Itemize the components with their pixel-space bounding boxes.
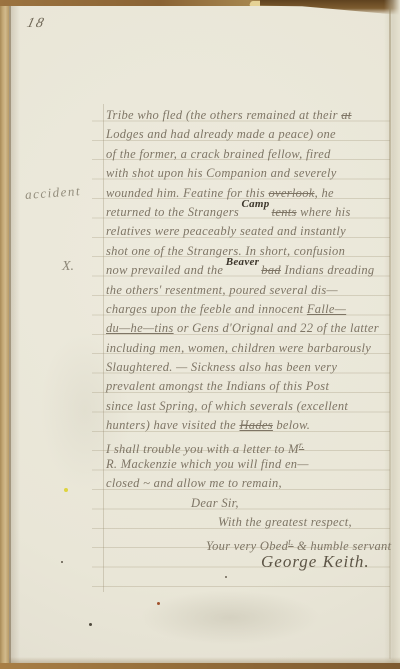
paper-smudge: [140, 590, 320, 645]
text-segment: , he: [315, 186, 334, 200]
page-number: 18: [25, 16, 47, 32]
text-segment: Your very Obed: [206, 539, 288, 553]
manuscript-line: Lodges and had already made a peace) one: [106, 125, 392, 144]
text-segment: & humble servant: [294, 539, 392, 553]
binding-shadow: [11, 0, 20, 669]
text-segment: below.: [273, 418, 310, 432]
interline-insert: Beaver: [226, 256, 260, 268]
paper-speck: [225, 576, 227, 578]
page-edge-bottom: [0, 663, 400, 669]
text-segment: or Gens d'Orignal and 22 of the latter: [174, 321, 379, 335]
text-segment: Lodges and had already made a peace) one: [106, 127, 336, 141]
text-segment: hunters) have visited the: [106, 418, 239, 432]
manuscript-line: George Keith.: [261, 552, 392, 571]
text-segment: du—he—tins: [106, 321, 174, 335]
manuscript-line: Tribe who fled (the others remained at t…: [106, 106, 392, 125]
manuscript-line: now prevailed and the Beaverbad Indians …: [106, 261, 392, 280]
manuscript-line: since last Spring, of which severals (ex…: [106, 397, 392, 416]
manuscript-line: prevalent amongst the Indians of this Po…: [106, 377, 392, 396]
text-segment: of the former, a crack brained fellow, f…: [106, 147, 331, 161]
manuscript-line: of the former, a crack brained fellow, f…: [106, 145, 392, 164]
manuscript-line: returned to the Strangers Camptents wher…: [106, 203, 392, 222]
text-segment: now prevailed and the: [106, 263, 227, 277]
manuscript-line: Your very Obedt. & humble servant: [206, 533, 392, 552]
text-segment: George Keith.: [261, 552, 370, 571]
text-segment: where his: [297, 205, 351, 219]
text-segment: closed ~ and allow me to remain,: [106, 476, 282, 490]
text-segment: since last Spring, of which severals (ex…: [106, 399, 348, 413]
text-segment: Indians dreading: [281, 263, 375, 277]
manuscript-page: 18 accident X. Tribe who fled (the other…: [0, 0, 400, 669]
text-segment: tents: [272, 205, 297, 219]
text-segment: Hades: [239, 418, 272, 432]
manuscript-line: Dear Sir,: [191, 494, 392, 513]
binding-edge-left: [0, 0, 9, 669]
manuscript-line: du—he—tins or Gens d'Orignal and 22 of t…: [106, 319, 392, 338]
manuscript-line: With the greatest respect,: [218, 513, 392, 532]
margin-note-x: X.: [62, 259, 74, 275]
paper-speck: [61, 561, 63, 563]
text-segment: I shall trouble you with a letter to M: [106, 442, 299, 456]
text-segment: including men, women, children were barb…: [106, 341, 371, 355]
text-segment: Slaughtered. — Sickness also has been ve…: [106, 360, 337, 374]
manuscript-line: charges upon the feeble and innocent Fal…: [106, 300, 392, 319]
text-segment: returned to the Strangers: [106, 205, 243, 219]
text-segment: the others' resentment, poured several d…: [106, 283, 338, 297]
manuscript-line: with shot upon his Companion and severel…: [106, 164, 392, 183]
text-segment: With the greatest respect,: [218, 515, 352, 529]
text-segment: r.: [299, 440, 304, 450]
manuscript-line: I shall trouble you with a letter to Mr.: [106, 436, 392, 455]
paper-speck: [89, 623, 92, 626]
manuscript-line: Slaughtered. — Sickness also has been ve…: [106, 358, 392, 377]
text-segment: charges upon the feeble and innocent: [106, 302, 307, 316]
text-segment: overlook: [268, 186, 314, 200]
text-segment: with shot upon his Companion and severel…: [106, 166, 337, 180]
text-segment: bad: [261, 263, 281, 277]
text-segment: at: [341, 108, 351, 122]
text-segment: Dear Sir,: [191, 496, 239, 510]
manuscript-line: hunters) have visited the Hades below.: [106, 416, 392, 435]
manuscript-line: the others' resentment, poured several d…: [106, 281, 392, 300]
page-corner-top-right: [260, 0, 400, 15]
manuscript-line: including men, women, children were barb…: [106, 339, 392, 358]
manuscript-line: closed ~ and allow me to remain,: [106, 474, 392, 493]
text-segment: Falle—: [307, 302, 346, 316]
manuscript-line: R. Mackenzie which you will find en—: [106, 455, 392, 474]
manuscript-line: relatives were peaceably seated and inst…: [106, 222, 392, 241]
text-segment: Tribe who fled (the others remained at t…: [106, 108, 341, 122]
text-segment: R. Mackenzie which you will find en—: [106, 457, 309, 471]
text-segment: relatives were peaceably seated and inst…: [106, 224, 346, 238]
interline-insert: Camp: [242, 198, 270, 210]
text-segment: prevalent amongst the Indians of this Po…: [106, 379, 329, 393]
paper-speck: [157, 602, 160, 605]
paper-speck: [64, 488, 68, 492]
manuscript-text-block: Tribe who fled (the others remained at t…: [106, 106, 392, 571]
margin-note-accident: accident: [25, 183, 82, 203]
margin-rule: [103, 104, 104, 592]
